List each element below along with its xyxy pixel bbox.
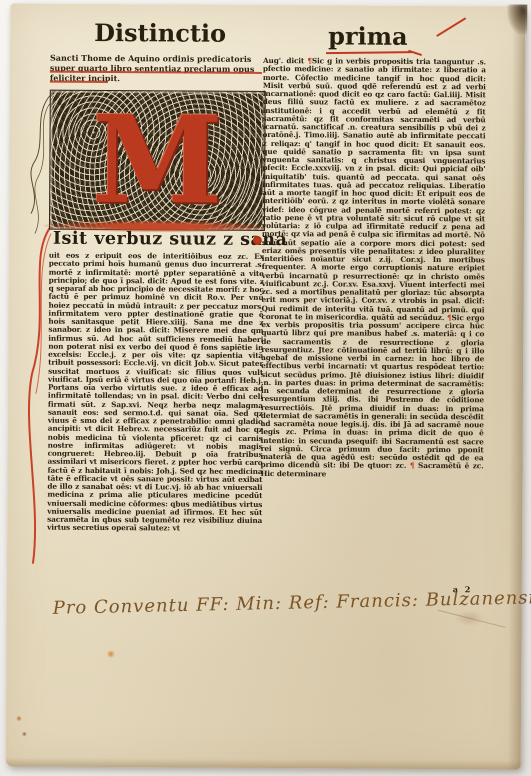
- initial-letter-M: M: [92, 100, 223, 221]
- left-text-column: uit eos z eripuit eos de interitiōibus e…: [47, 252, 264, 593]
- corner-stain: [507, 4, 527, 34]
- foxing-spot: [22, 732, 27, 737]
- foxing-spot: [106, 650, 115, 658]
- pilcrow-mark: ¶: [410, 461, 415, 470]
- foxing-spot: [16, 715, 22, 721]
- right-col-seg2: Sic g in verbis propositis tria tanguntu…: [261, 57, 486, 322]
- heading-distinctio: Distinctio: [94, 18, 226, 48]
- rubric-underline: [326, 51, 412, 54]
- rubric-dot: [253, 236, 262, 245]
- illuminated-initial-block: M: [49, 90, 266, 231]
- right-col-seg3: Sic ergo ex verbis propositis tria possu…: [260, 313, 484, 470]
- ownership-inscription: Pro Conventu FF: Min: Ref: Francis: Bulz…: [52, 588, 492, 619]
- incipit-title: Sancti Thome de Aquino ordinis predicato…: [50, 54, 264, 85]
- page-edge-shadow: [508, 7, 526, 770]
- heading-prima: prima: [328, 21, 408, 50]
- right-text-column: Aug'. dicit ¶Sic g in verbis propositis …: [260, 57, 486, 586]
- book-page: Distinctio prima Sancti Thome de Aquino …: [6, 3, 526, 769]
- rubric-slash: [436, 17, 466, 37]
- page-deckle-edge: [6, 757, 521, 769]
